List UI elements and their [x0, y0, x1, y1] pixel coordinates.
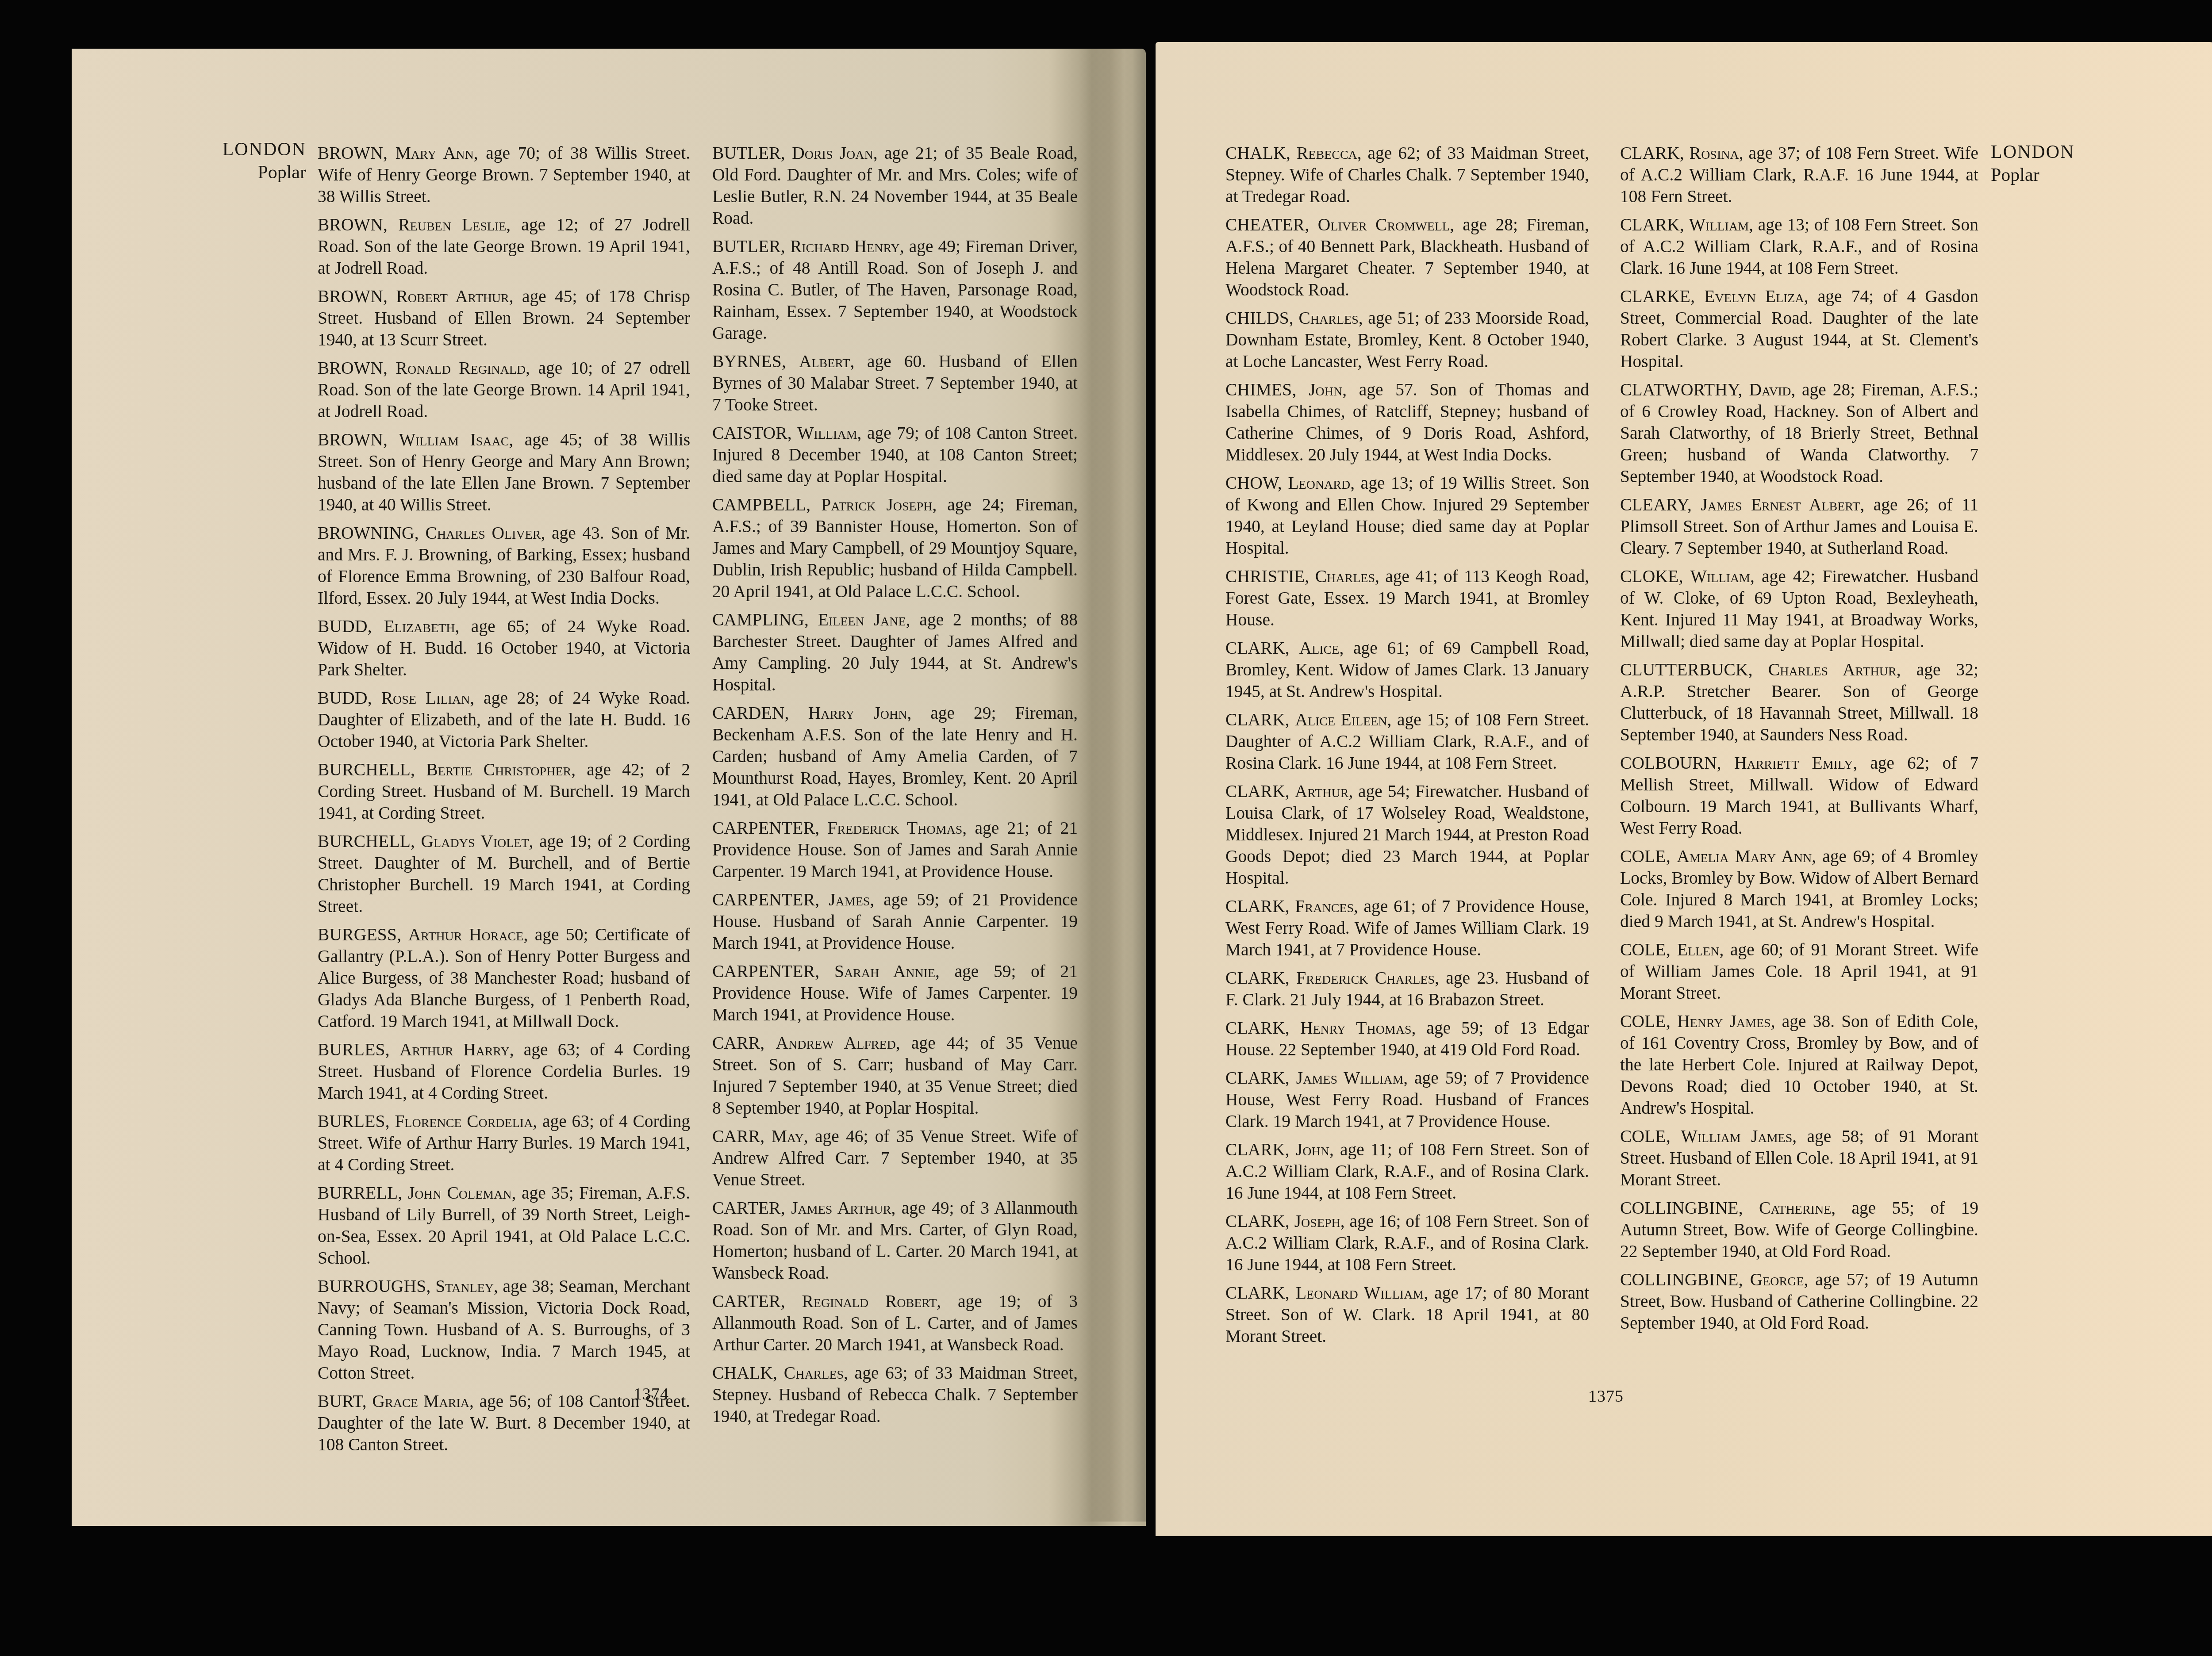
memorial-entry: BURRELL, John Coleman, age 35; Fireman, … [318, 1182, 690, 1269]
entry-details: age 65; of 24 Wyke Road. Widow of H. Bud… [318, 617, 690, 679]
memorial-entry: CLARK, Henry Thomas, age 59; of 13 Edgar… [1225, 1017, 1589, 1061]
entry-surname: CLARK, [1225, 1018, 1290, 1038]
entry-details: age 46; of 35 Venue Street. Wife of Andr… [712, 1127, 1078, 1189]
memorial-entry: CLEARY, James Ernest Albert, age 26; of … [1620, 494, 1978, 559]
entry-surname: CLARK, [1225, 1140, 1290, 1159]
memorial-entry: BROWN, Ronald Reginald, age 10; of 27 od… [318, 357, 690, 422]
memorial-entry: CHEATER, Oliver Cromwell, age 28; Firema… [1225, 214, 1589, 301]
entry-given-names: Gladys Violet, [421, 832, 534, 851]
entry-given-names: Leonard William, [1296, 1283, 1428, 1303]
entry-given-names: John, [1309, 380, 1347, 399]
memorial-entry: CARTER, James Arthur, age 49; of 3 Allan… [712, 1197, 1078, 1284]
right-margin-label: LONDON Poplar [1991, 141, 2106, 187]
memorial-entry: BROWNING, Charles Oliver, age 43. Son of… [318, 522, 690, 609]
memorial-entry: BYRNES, Albert, age 60. Husband of Ellen… [712, 351, 1078, 416]
entry-given-names: Ronald Reginald, [396, 358, 530, 378]
entry-given-names: John Coleman, [408, 1183, 516, 1203]
entry-surname: CHALK, [1225, 143, 1290, 163]
entry-given-names: Albert, [799, 352, 854, 371]
memorial-entry: CHRISTIE, Charles, age 41; of 113 Keogh … [1225, 566, 1589, 631]
entry-surname: BROWNING, [318, 523, 419, 543]
entry-given-names: Harry John, [808, 703, 912, 723]
entries-column-4: CLARK, Rosina, age 37; of 108 Fern Stree… [1620, 142, 1978, 1341]
memorial-entry: BROWN, Reuben Leslie, age 12; of 27 Jodr… [318, 214, 690, 279]
memorial-entry: BURCHELL, Bertie Christopher, age 42; of… [318, 759, 690, 824]
entry-surname: BURCHELL, [318, 832, 415, 851]
memorial-entry: CLARK, Alice, age 61; of 69 Campbell Roa… [1225, 637, 1589, 702]
memorial-entry: CHIMES, John, age 57. Son of Thomas and … [1225, 379, 1589, 466]
entry-surname: CLARK, [1225, 1283, 1290, 1303]
entry-surname: COLE, [1620, 940, 1671, 959]
memorial-entry: CLARK, Leonard William, age 17; of 80 Mo… [1225, 1282, 1589, 1347]
entry-surname: CLEARY, [1620, 495, 1692, 514]
entry-given-names: Bertie Christopher, [426, 760, 576, 779]
entry-surname: CAMPBELL, [712, 495, 810, 514]
entry-given-names: Charles Arthur, [1768, 660, 1901, 679]
entry-surname: CLARK, [1225, 782, 1290, 801]
memorial-entry: CLARK, William, age 13; of 108 Fern Stre… [1620, 214, 1978, 279]
page-number-right: 1375 [1588, 1387, 1624, 1406]
entry-surname: CLARK, [1620, 143, 1684, 163]
margin-district: Poplar [177, 161, 306, 184]
entry-given-names: Oliver Cromwell, [1318, 215, 1454, 234]
entry-surname: CARPENTER, [712, 962, 819, 981]
entry-given-names: Henry Thomas, [1300, 1018, 1416, 1038]
entries-column-3: CHALK, Rebecca, age 62; of 33 Maidman St… [1225, 142, 1589, 1354]
entry-given-names: Leonard, [1288, 473, 1355, 493]
entry-surname: CARTER, [712, 1198, 785, 1218]
entry-given-names: Frederick Charles, [1296, 968, 1439, 988]
memorial-entry: COLBOURN, Harriett Emily, age 62; of 7 M… [1620, 752, 1978, 839]
entry-given-names: Rose Lilian, [381, 688, 474, 708]
entry-surname: COLE, [1620, 1012, 1671, 1031]
entry-surname: CLARK, [1225, 638, 1290, 658]
entry-surname: CLARK, [1225, 1211, 1290, 1231]
entry-given-names: Patrick Joseph, [821, 495, 937, 514]
entry-surname: CLARK, [1225, 897, 1290, 916]
memorial-entry: CARTER, Reginald Robert, age 19; of 3 Al… [712, 1291, 1078, 1356]
entry-given-names: Charles, [1315, 567, 1379, 586]
entry-surname: CHEATER, [1225, 215, 1309, 234]
entry-given-names: Frances, [1295, 897, 1358, 916]
entry-surname: CHRISTIE, [1225, 567, 1309, 586]
entry-surname: CARR, [712, 1033, 764, 1053]
memorial-entry: CARPENTER, Sarah Annie, age 59; of 21 Pr… [712, 961, 1078, 1026]
memorial-entry: BROWN, Mary Ann, age 70; of 38 Willis St… [318, 142, 690, 207]
memorial-entry: CLARK, Frances, age 61; of 7 Providence … [1225, 896, 1589, 961]
memorial-entry: CARDEN, Harry John, age 29; Fireman, Bec… [712, 702, 1078, 811]
memorial-entry: COLE, Ellen, age 60; of 91 Morant Street… [1620, 939, 1978, 1004]
entry-given-names: Mary Ann, [396, 143, 478, 163]
entry-surname: CARPENTER, [712, 890, 819, 909]
memorial-entry: CHOW, Leonard, age 13; of 19 Willis Stre… [1225, 472, 1589, 559]
entry-given-names: James Arthur, [791, 1198, 895, 1218]
memorial-entry: CAMPLING, Eileen Jane, age 2 months; of … [712, 609, 1078, 696]
entry-surname: CLARK, [1225, 1068, 1290, 1088]
memorial-entry: CLUTTERBUCK, Charles Arthur, age 32; A.R… [1620, 659, 1978, 746]
entry-given-names: Grace Maria, [373, 1391, 474, 1411]
memorial-entry: BROWN, William Isaac, age 45; of 38 Will… [318, 429, 690, 516]
entry-surname: BURROUGHS, [318, 1276, 431, 1296]
entry-surname: BUDD, [318, 688, 372, 708]
entries-column-2: BUTLER, Doris Joan, age 21; of 35 Beale … [712, 142, 1078, 1434]
memorial-entry: CARPENTER, Frederick Thomas, age 21; of … [712, 817, 1078, 882]
memorial-entry: CLATWORTHY, David, age 28; Fireman, A.F.… [1620, 379, 1978, 487]
entry-given-names: Charles Oliver, [426, 523, 545, 543]
entry-surname: BURLES, [318, 1112, 390, 1131]
memorial-entry: BURCHELL, Gladys Violet, age 19; of 2 Co… [318, 831, 690, 917]
entry-surname: CLARK, [1225, 968, 1290, 988]
entry-surname: BROWN, [318, 287, 388, 306]
entry-surname: CHILDS, [1225, 308, 1294, 328]
entry-surname: BUTLER, [712, 143, 785, 163]
entry-given-names: Robert Arthur, [396, 287, 513, 306]
entry-surname: CLUTTERBUCK, [1620, 660, 1753, 679]
entry-surname: CARTER, [712, 1292, 785, 1311]
memorial-entry: CHILDS, Charles, age 51; of 233 Moorside… [1225, 307, 1589, 372]
entry-given-names: Andrew Alfred, [776, 1033, 900, 1053]
entry-surname: CHIMES, [1225, 380, 1297, 399]
entry-given-names: Stanley, [435, 1276, 498, 1296]
entry-given-names: Charles, [784, 1363, 848, 1383]
entry-given-names: Richard Henry, [790, 237, 904, 256]
memorial-entry: CAISTOR, William, age 79; of 108 Canton … [712, 422, 1078, 487]
entry-surname: COLE, [1620, 847, 1671, 866]
entry-surname: BURGESS, [318, 925, 401, 944]
entry-surname: CLARKE, [1620, 287, 1695, 306]
memorial-entry: BURLES, Arthur Harry, age 63; of 4 Cordi… [318, 1039, 690, 1104]
entry-surname: CLOKE, [1620, 567, 1683, 586]
entry-surname: BURT, [318, 1391, 367, 1411]
memorial-entry: BUTLER, Doris Joan, age 21; of 35 Beale … [712, 142, 1078, 229]
memorial-entry: BURGESS, Arthur Horace, age 50; Certific… [318, 924, 690, 1032]
entry-given-names: George, [1750, 1270, 1809, 1289]
entry-surname: CARDEN, [712, 703, 789, 723]
entry-given-names: William, [797, 423, 861, 443]
entry-surname: COLBOURN, [1620, 753, 1721, 773]
entry-details: age 58; of 91 Morant Street. Husband of … [1620, 1127, 1978, 1189]
entry-given-names: William, [1689, 215, 1753, 234]
memorial-entry: CARR, May, age 46; of 35 Venue Street. W… [712, 1126, 1078, 1191]
memorial-entry: COLE, Henry James, age 38. Son of Edith … [1620, 1011, 1978, 1119]
memorial-entry: CLARK, Arthur, age 54; Firewatcher. Husb… [1225, 781, 1589, 889]
margin-city: LONDON [177, 138, 306, 161]
entry-surname: CLARK, [1620, 215, 1684, 234]
entry-given-names: James Ernest Albert, [1701, 495, 1864, 514]
entry-given-names: David, [1749, 380, 1796, 399]
entries-column-1: BROWN, Mary Ann, age 70; of 38 Willis St… [318, 142, 690, 1462]
entry-given-names: James William, [1296, 1068, 1408, 1088]
entry-surname: BUDD, [318, 617, 372, 636]
memorial-entry: CLARKE, Evelyn Eliza, age 74; of 4 Gasdo… [1620, 286, 1978, 372]
memorial-entry: COLLINGBINE, George, age 57; of 19 Autum… [1620, 1269, 1978, 1334]
entry-surname: CHALK, [712, 1363, 777, 1383]
entry-given-names: Reginald Robert, [802, 1292, 941, 1311]
memorial-entry: COLLINGBINE, Catherine, age 55; of 19 Au… [1620, 1197, 1978, 1262]
entry-surname: CARPENTER, [712, 818, 819, 838]
entry-surname: CLATWORTHY, [1620, 380, 1743, 399]
memorial-entry: CLARK, Rosina, age 37; of 108 Fern Stree… [1620, 142, 1978, 207]
entry-surname: COLLINGBINE, [1620, 1198, 1743, 1218]
entry-given-names: Amelia Mary Ann, [1677, 847, 1816, 866]
entry-given-names: Harriett Emily, [1734, 753, 1857, 773]
entry-surname: BROWN, [318, 143, 388, 163]
memorial-entry: BURROUGHS, Stanley, age 38; Seaman, Merc… [318, 1276, 690, 1384]
entry-given-names: Florence Cordelia, [395, 1112, 537, 1131]
memorial-entry: CLARK, Alice Eileen, age 15; of 108 Fern… [1225, 709, 1589, 774]
entry-given-names: Elizabeth, [384, 617, 459, 636]
entry-surname: BYRNES, [712, 352, 786, 371]
entry-surname: BURCHELL, [318, 760, 415, 779]
entry-surname: BUTLER, [712, 237, 785, 256]
entry-surname: BROWN, [318, 358, 388, 378]
memorial-entry: CARR, Andrew Alfred, age 44; of 35 Venue… [712, 1032, 1078, 1119]
entry-given-names: Arthur Harry, [399, 1040, 514, 1059]
memorial-entry: BUTLER, Richard Henry, age 49; Fireman D… [712, 236, 1078, 344]
entry-given-names: Arthur Horace, [408, 925, 528, 944]
entry-given-names: William James, [1681, 1127, 1797, 1146]
memorial-entry: CARPENTER, James, age 59; of 21 Providen… [712, 889, 1078, 954]
memorial-entry: CLARK, Joseph, age 16; of 108 Fern Stree… [1225, 1211, 1589, 1276]
memorial-entry: CLARK, Frederick Charles, age 23. Husban… [1225, 967, 1589, 1011]
entry-given-names: Doris Joan, [792, 143, 877, 163]
page-number-left: 1374 [634, 1384, 669, 1404]
entry-surname: COLE, [1620, 1127, 1671, 1146]
entry-surname: CARR, [712, 1127, 764, 1146]
entry-given-names: Alice, [1299, 638, 1344, 658]
entry-given-names: Joseph, [1294, 1211, 1345, 1231]
entry-surname: COLLINGBINE, [1620, 1270, 1743, 1289]
entry-surname: BROWN, [318, 430, 388, 449]
entry-surname: CAMPLING, [712, 610, 809, 629]
memorial-entry: CLARK, John, age 11; of 108 Fern Street.… [1225, 1139, 1589, 1204]
entry-given-names: Rebecca, [1297, 143, 1362, 163]
margin-district: Poplar [1991, 164, 2106, 187]
entry-surname: CHOW, [1225, 473, 1282, 493]
entry-given-names: Sarah Annie, [834, 962, 940, 981]
entry-given-names: Eileen Jane, [818, 610, 910, 629]
memorial-entry: COLE, Amelia Mary Ann, age 69; of 4 Brom… [1620, 846, 1978, 932]
entry-surname: CLARK, [1225, 710, 1290, 729]
entry-given-names: Alice Eileen, [1295, 710, 1391, 729]
entry-surname: CAISTOR, [712, 423, 792, 443]
memorial-entry: BURLES, Florence Cordelia, age 63; of 4 … [318, 1111, 690, 1176]
memorial-entry: BUDD, Elizabeth, age 65; of 24 Wyke Road… [318, 616, 690, 681]
memorial-entry: CHALK, Charles, age 63; of 33 Maidman St… [712, 1362, 1078, 1427]
entry-given-names: Charles, [1298, 308, 1363, 328]
memorial-entry: COLE, William James, age 58; of 91 Moran… [1620, 1126, 1978, 1191]
entry-given-names: Reuben Leslie, [398, 215, 511, 234]
entry-given-names: Arthur, [1295, 782, 1353, 801]
entry-given-names: John, [1296, 1140, 1334, 1159]
entry-details: age 28; of 24 Wyke Road. Daughter of Eli… [318, 688, 690, 751]
margin-city: LONDON [1991, 141, 2106, 164]
left-margin-label: LONDON Poplar [177, 138, 306, 184]
entry-given-names: May, [772, 1127, 808, 1146]
entry-given-names: Rosina, [1690, 143, 1743, 163]
entry-given-names: Catherine, [1759, 1198, 1836, 1218]
entry-details: age 60; of 91 Morant Street. Wife of Wil… [1620, 940, 1978, 1003]
entry-surname: BURRELL, [318, 1183, 402, 1203]
entry-surname: BROWN, [318, 215, 388, 234]
entry-given-names: William Isaac, [399, 430, 514, 449]
entry-given-names: Evelyn Eliza, [1704, 287, 1808, 306]
entry-given-names: Ellen, [1677, 940, 1724, 959]
memorial-entry: CHALK, Rebecca, age 62; of 33 Maidman St… [1225, 142, 1589, 207]
entry-details: age 38. Son of Edith Cole, of 161 Covent… [1620, 1012, 1978, 1118]
memorial-entry: BROWN, Robert Arthur, age 45; of 178 Chr… [318, 286, 690, 351]
entry-given-names: William, [1690, 567, 1755, 586]
memorial-entry: CLOKE, William, age 42; Firewatcher. Hus… [1620, 566, 1978, 652]
memorial-entry: BUDD, Rose Lilian, age 28; of 24 Wyke Ro… [318, 687, 690, 752]
memorial-entry: CAMPBELL, Patrick Joseph, age 24; Firema… [712, 494, 1078, 602]
entry-given-names: Henry James, [1677, 1012, 1775, 1031]
entry-surname: BURLES, [318, 1040, 390, 1059]
entry-given-names: Frederick Thomas, [828, 818, 967, 838]
entry-given-names: James, [829, 890, 874, 909]
memorial-entry: CLARK, James William, age 59; of 7 Provi… [1225, 1067, 1589, 1132]
